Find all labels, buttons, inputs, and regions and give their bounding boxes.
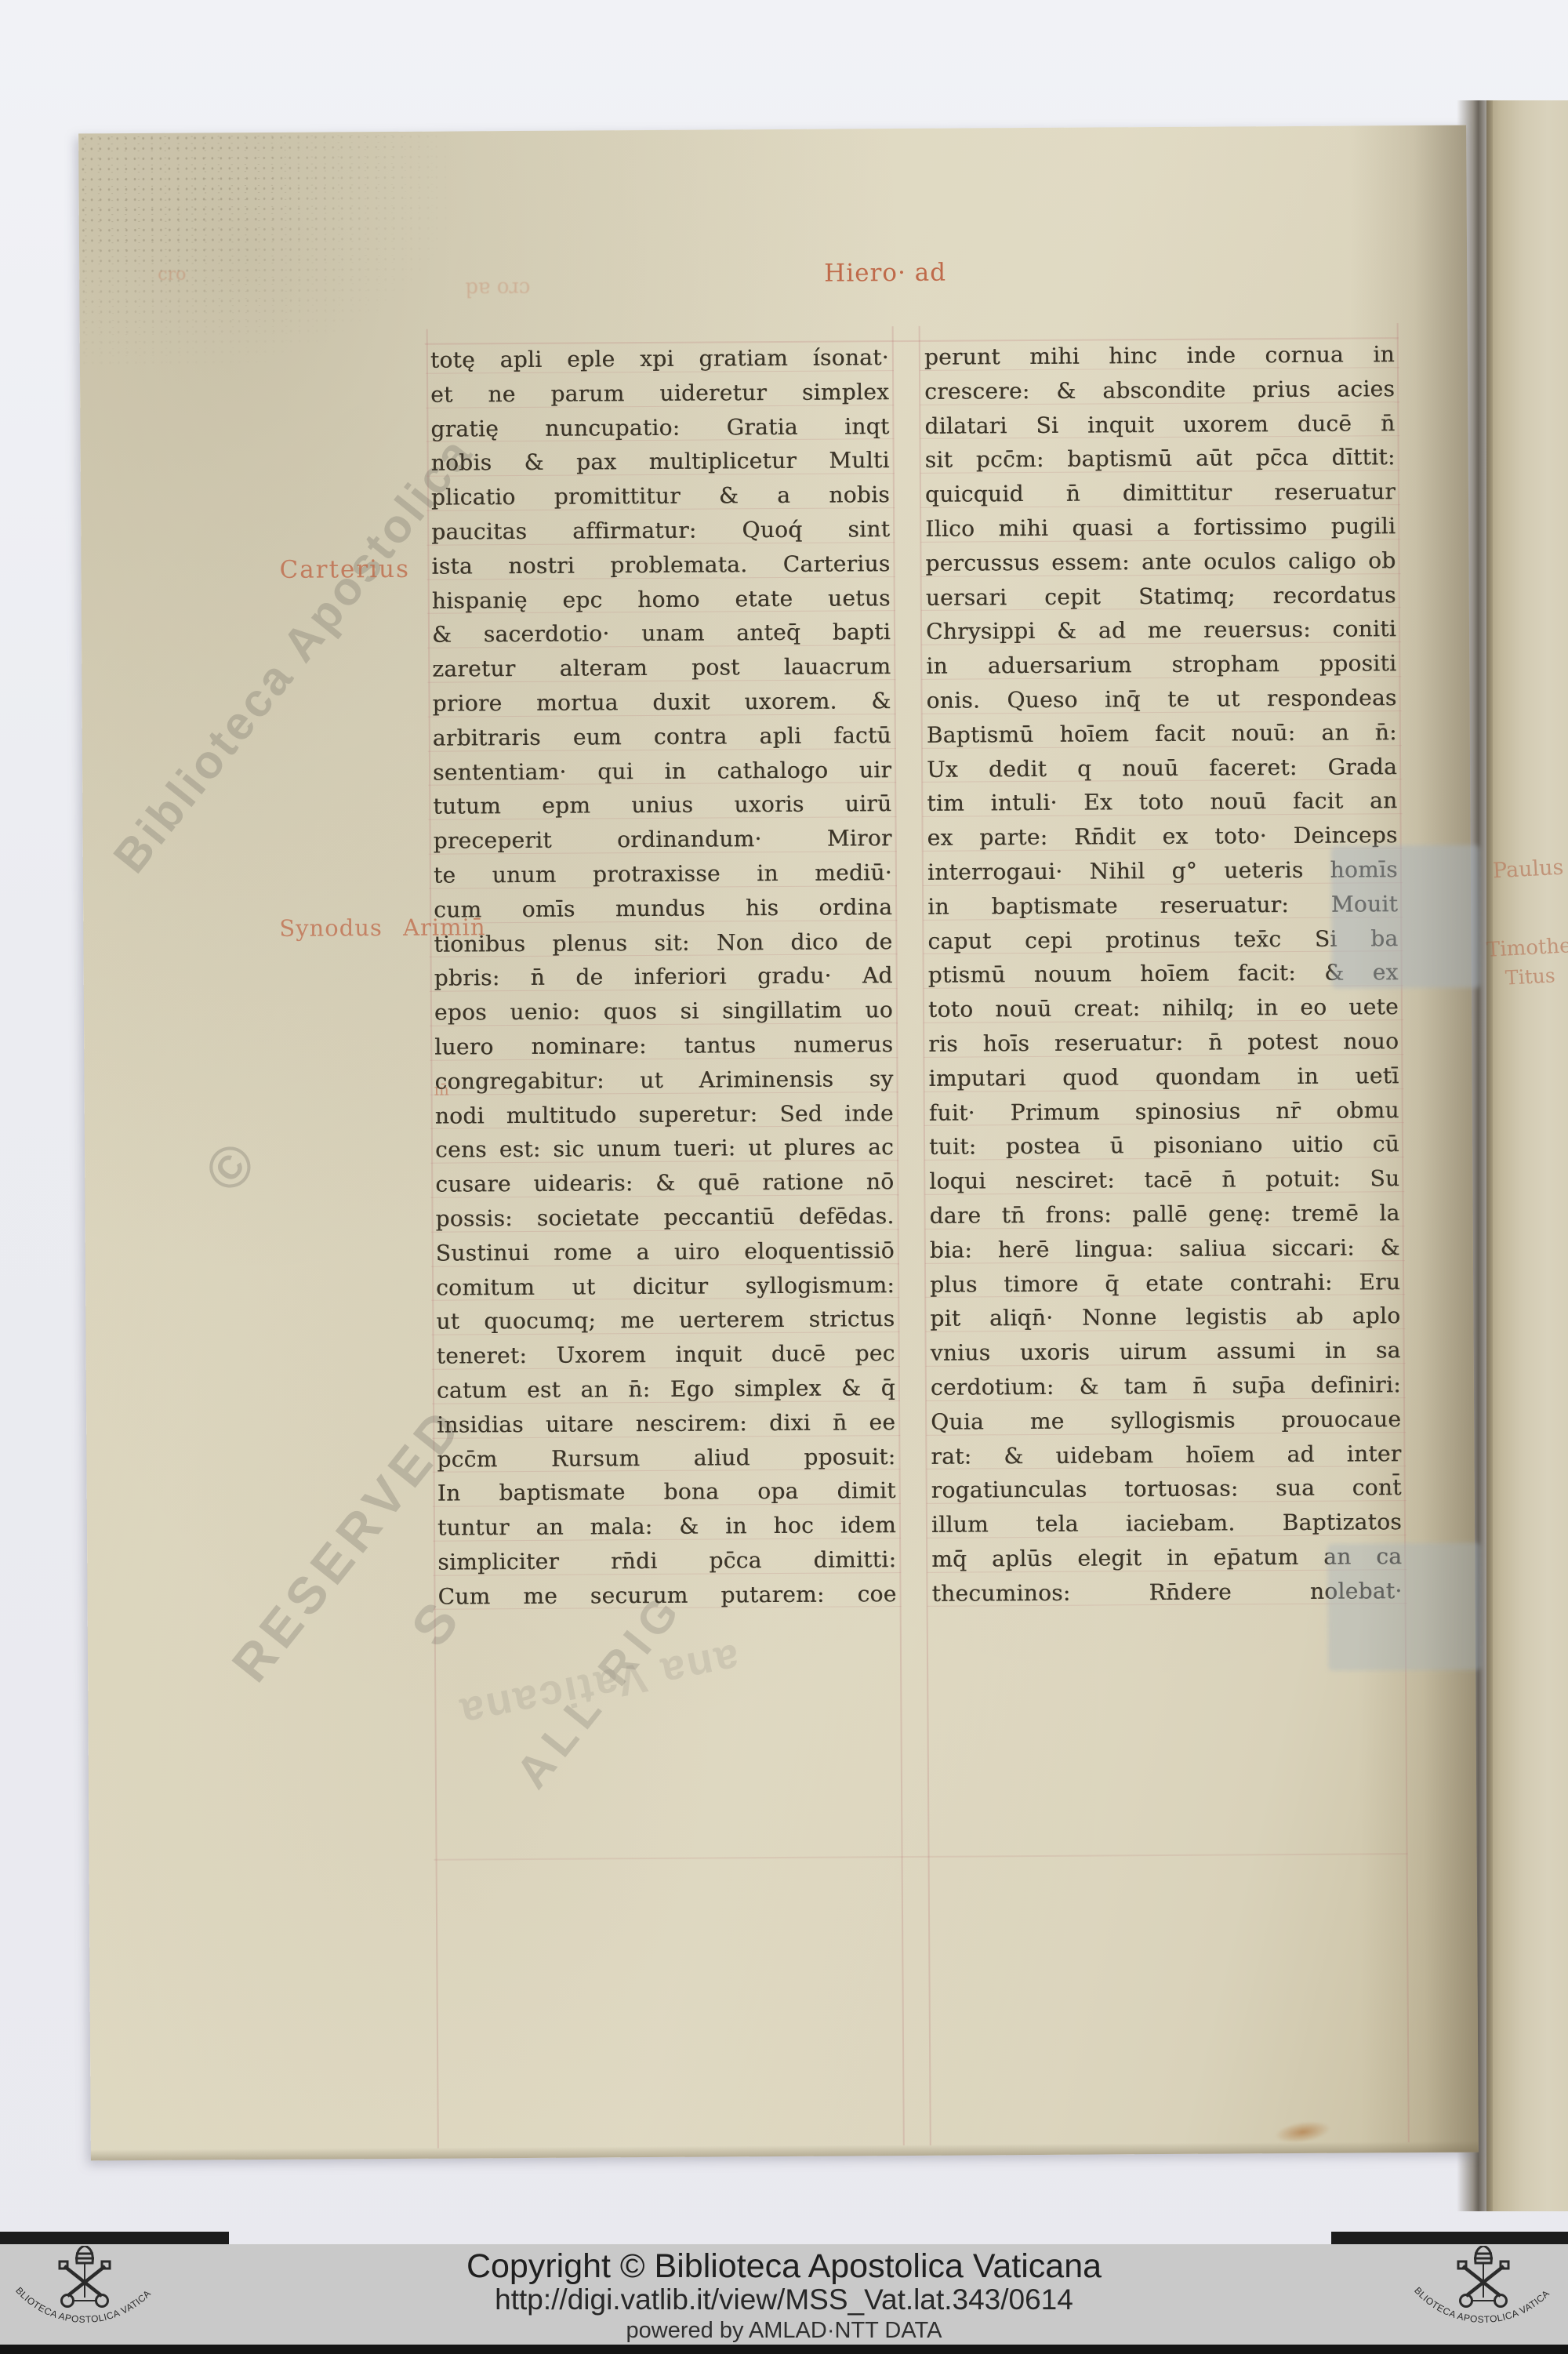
text-column-left: totę apli eple xpi gratiam ísonat·et ne …: [430, 340, 897, 1614]
footer-url: http://digi.vatlib.it/view/MSS_Vat.lat.3…: [0, 2283, 1568, 2316]
manuscript-line: sententiam· qui in cathalogo uir: [433, 753, 891, 790]
manuscript-line: loqui nesciret: tacē n̄ potuit: Su: [929, 1161, 1399, 1198]
manuscript-line: paucitas affirmatur: Quoq́ sint: [431, 512, 890, 549]
manuscript-line: preceperit ordinandum· Miror: [434, 821, 892, 858]
watermark-all-rights-fragment: ALL RIG: [506, 1582, 694, 1799]
vatican-library-logo: BIBLIOTECA APOSTOLICA VATICANA: [1405, 2246, 1562, 2345]
watermark-vaticana-showthrough: ana Vaticana: [455, 1634, 743, 1738]
manuscript-page: Biblioteca Apostolica © RESERVED S ALL R…: [78, 125, 1479, 2161]
margin-note-titus: Titus: [1504, 964, 1555, 989]
manuscript-line: vnius uxoris uirum assumi in sa: [931, 1333, 1401, 1370]
manuscript-line: dilatari Si inquit uxorem ducē n̄: [924, 406, 1395, 443]
manuscript-line: perunt mihi hinc inde cornua in: [924, 337, 1395, 374]
manuscript-line: sit pcc̄m: baptismū aūt pc̄ca dīttit:: [925, 441, 1396, 478]
manuscript-line: teneret: Uxorem inquit ducē pec: [437, 1336, 895, 1373]
manuscript-line: insidias uitare nescirem: dixi n̄ ee: [437, 1405, 895, 1442]
margin-note-paulus: Paulus: [1492, 856, 1564, 884]
manuscript-line: fuit· Primum spinosius nr̄ obmu: [929, 1093, 1399, 1130]
manuscript-line: illum tela iaciebam. Baptizatos: [931, 1505, 1402, 1542]
running-header: Hiero· ad: [824, 259, 946, 288]
manuscript-line: pbris: n̄ de inferiori gradu· Ad: [434, 958, 893, 995]
manuscript-line: pcc̄m Rursum aliud pposuit:: [437, 1440, 895, 1477]
manuscript-line: cum omīs mundus his ordina: [434, 890, 892, 927]
manuscript-line: tuntur an mala: & in hoc idem: [437, 1508, 896, 1545]
scan-bed-edge-left: [0, 2232, 229, 2244]
manuscript-line: tionibus plenus sit: Non dico de: [434, 925, 892, 961]
manuscript-line: percussus essem: ante oculos caligo ob: [925, 543, 1396, 580]
footer-powered-by: powered by AMLAD·NTT DATA: [0, 2318, 1568, 2344]
manuscript-line: Ilico mihi quasi a fortissimo pugili: [925, 509, 1396, 546]
manuscript-line: uersari cepit Statimq; recordatus: [926, 578, 1396, 615]
watermark-copyright-icon: ©: [191, 1130, 269, 1205]
manuscript-line: plicatio promittitur & a nobis: [431, 478, 890, 514]
manuscript-line: et ne parum uideretur simplex: [430, 375, 889, 412]
copyright-footer: Copyright © Biblioteca Apostolica Vatica…: [0, 2244, 1568, 2345]
footer-copyright-text: Copyright © Biblioteca Apostolica Vatica…: [0, 2247, 1568, 2286]
vatican-library-logo: BIBLIOTECA APOSTOLICA VATICANA: [6, 2246, 163, 2345]
manuscript-line: luero nominare: tantus numerus: [434, 1027, 893, 1064]
manuscript-line: priore mortua duxit uxorem. &: [432, 684, 891, 721]
manuscript-line: onis. Queso inq̄ te ut respondeas: [926, 681, 1396, 717]
manuscript-line: cens est: sic unum tueri: ut plures ac: [435, 1130, 894, 1167]
manuscript-line: Cum me securum putarem: coe: [437, 1577, 896, 1614]
manuscript-line: in baptismate reseruatur: Mouit: [927, 887, 1398, 924]
margin-note-carterius: Carterius: [279, 555, 410, 584]
manuscript-line: rat: & uidebam hoīem ad inter: [931, 1437, 1401, 1473]
manuscript-line: caput cepi protinus tex̄c Si ba: [927, 921, 1398, 958]
page-bottom-edge: [91, 2141, 1479, 2161]
manuscript-line: gratię nuncupatio: Gratia inqt: [430, 409, 889, 446]
manuscript-line: nobis & pax multiplicetur Multi: [431, 444, 890, 481]
manuscript-line: ris hoīs reseruatur: n̄ potest nouo: [928, 1024, 1399, 1061]
manuscript-line: crescere: & abscondite prius acies: [924, 372, 1395, 409]
ruling-line-horizontal: [434, 1853, 1408, 1861]
manuscript-line: ptismū nouum hoīem facit: & ex: [928, 956, 1399, 993]
manuscript-line: & sacerdotio· unam anteq̄ bapti: [432, 615, 891, 652]
manuscript-line: quicquid n̄ dimittitur reseruatur: [925, 474, 1396, 511]
manuscript-line: congregabitur: ut Ariminensis sy: [434, 1062, 893, 1099]
manuscript-line: ex parte: Rn̄dit ex toto· Deinceps: [927, 818, 1397, 855]
manuscript-line: Quia me syllogismis prouocaue: [931, 1402, 1401, 1439]
manuscript-line: Sustinui rome a uiro eloquentissiō: [436, 1233, 895, 1270]
margin-note-timothe: Timothe: [1486, 934, 1568, 962]
papal-keys-emblem: [60, 2246, 110, 2307]
manuscript-line: tutum epm unius uxoris uirū: [433, 786, 891, 823]
parchment-speckles: [78, 132, 448, 369]
manuscript-line: tim intuli· Ex toto nouū facit an: [927, 784, 1397, 821]
manuscript-line: Chrysippi & ad me reuersus: coniti: [926, 612, 1396, 649]
manuscript-line: zaretur alteram post lauacrum: [432, 649, 891, 686]
manuscript-line: interrogaui· Nihil g° ueteris homīs: [927, 852, 1398, 889]
manuscript-line: plus timore q̄ etate contrahi: Eru: [930, 1265, 1400, 1302]
scan-bed-edge-right: [1331, 2232, 1568, 2244]
manuscript-line: cerdotium: & tam n̄ sup̄a definiri:: [931, 1368, 1401, 1404]
scan-artifact-patch: [1331, 845, 1481, 989]
manuscript-line: toto nouū creat: nihilq; in eo uete: [928, 990, 1399, 1026]
manuscript-line: epos uenio: quos si singillatim uo: [434, 993, 893, 1030]
manuscript-line: nodi multitudo superetur: Sed inde: [435, 1096, 894, 1133]
manuscript-line: rogatiunculas tortuosas: sua cont̄: [931, 1470, 1402, 1507]
manuscript-line: catum est an n̄: Ego simplex & q̄: [437, 1371, 895, 1408]
manuscript-line: ista nostri problemata. Carterius: [431, 547, 890, 583]
manuscript-line: te unum protraxisse in mediū·: [434, 856, 892, 892]
manuscript-line: Baptismū hoīem facit nouū: an n̄:: [927, 715, 1397, 752]
manuscript-line: arbitraris eum contra apli factū: [433, 718, 891, 755]
manuscript-line: dare tn̄ frons: pallē genę: tremē la: [929, 1196, 1399, 1233]
manuscript-line: ut quocumq; me uerterem strictus: [436, 1302, 895, 1339]
manuscript-line: totę apli eple xpi gratiam ísonat·: [430, 340, 889, 377]
manuscript-line: comitum ut dicitur syllogismum:: [436, 1268, 895, 1305]
scanned-manuscript-viewer: Paulus Timothe Titus Biblioteca Apostoli…: [0, 0, 1568, 2354]
running-header-showthrough: cro ad: [465, 277, 530, 301]
manuscript-line: possis: societate peccantiū defēdas.: [435, 1199, 894, 1236]
manuscript-line: cusare uidearis: & quē ratione nō: [435, 1164, 894, 1201]
manuscript-line: pit aliqn̄· Nonne legistis ab aplo: [930, 1299, 1400, 1335]
manuscript-line: in aduersarium stropham ppositi: [926, 646, 1396, 683]
scan-bottom-border: [0, 2345, 1568, 2354]
manuscript-line: simpliciter rn̄di pc̄ca dimitti:: [437, 1542, 896, 1579]
manuscript-line: hispanię epc homo etate uetus: [432, 581, 891, 618]
manuscript-line: Ux dedit q nouū faceret: Grada: [927, 750, 1397, 786]
papal-keys-emblem: [1458, 2246, 1508, 2307]
manuscript-line: imputari quod quondam in uetī: [928, 1059, 1399, 1095]
manuscript-line: bia: herē lingua: saliua siccari: &: [930, 1230, 1400, 1267]
text-column-right: perunt mihi hinc inde cornua increscere:…: [924, 337, 1403, 1611]
manuscript-line: tuit: postea ū pisoniano uitio cū: [929, 1127, 1399, 1164]
corner-rubric-showthrough: cro: [158, 265, 186, 285]
scan-artifact-patch: [1327, 1543, 1482, 1671]
facing-page-edge: Paulus Timothe Titus: [1486, 100, 1568, 2211]
manuscript-line: In baptismate bona opa dimit: [437, 1473, 896, 1510]
